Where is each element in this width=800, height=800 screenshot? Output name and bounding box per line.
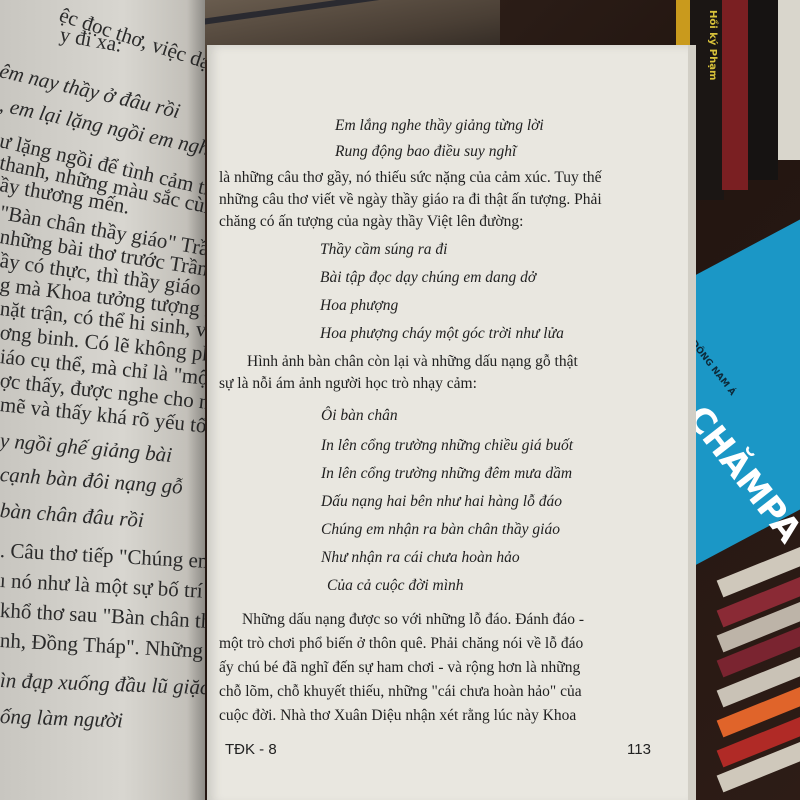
paragraph-line: chăng có ấn tượng của ngày thầy Việt lên… xyxy=(219,213,523,231)
right-page: Em lắng nghe thầy giảng từng lời Rung độ… xyxy=(207,45,690,800)
poem-line: Dấu nạng hai bên như hai hàng lỗ đáo xyxy=(321,493,562,511)
page-number: 113 xyxy=(627,741,651,758)
paragraph-line: Những dấu nạng được so với những lỗ đáo.… xyxy=(242,611,584,629)
poem-line: Rung động bao điều suy nghĩ xyxy=(335,143,516,161)
left-page-line: bàn chân đâu rồi xyxy=(0,498,145,533)
book-stack xyxy=(720,560,800,800)
poem-line: Hoa phượng cháy một góc trời như lửa xyxy=(320,325,564,343)
poem-line: Chúng em nhận ra bàn chân thầy giáo xyxy=(321,521,560,539)
poem-line: In lên cổng trường những chiều giá buốt xyxy=(321,437,573,455)
left-page-line: nh, Đồng Tháp". Những câu thơ xyxy=(0,628,205,667)
page-edge xyxy=(688,45,696,800)
paragraph-line: ấy chú bé đã nghĩ đến sự ham chơi - và r… xyxy=(219,659,580,677)
red-book-spine xyxy=(722,0,748,190)
left-page-line: ìn đạp xuống đầu lũ giặc xyxy=(0,668,205,700)
left-page-line: y ngồi ghế giảng bài xyxy=(0,428,173,468)
poem-line: Ôi bàn chân xyxy=(321,407,398,425)
paragraph-line: sự là nỗi ám ảnh người học trò nhạy cảm: xyxy=(219,375,477,393)
paragraph-line: Hình ảnh bàn chân còn lại và những dấu n… xyxy=(247,353,578,371)
poem-line: Bài tập đọc dạy chúng em dang dở xyxy=(320,269,536,287)
blue-book-title: CHĂMPA xyxy=(678,399,800,551)
paragraph-line: cuộc đời. Nhà thơ Xuân Diệu nhận xét rằn… xyxy=(219,707,576,725)
white-book-spine xyxy=(778,0,800,160)
paragraph-line: những câu thơ viết về ngày thầy giáo ra … xyxy=(219,191,602,209)
paragraph-line: một trò chơi phổ biến ở thôn quê. Phải c… xyxy=(219,635,583,653)
dark-book-spine xyxy=(748,0,778,180)
footer-signature: TĐK - 8 xyxy=(225,741,277,758)
poem-line: Như nhận ra cái chưa hoàn hảo xyxy=(321,549,520,567)
poem-line: Của cả cuộc đời mình xyxy=(327,577,464,595)
black-spine-label: Hồi ký Phạm xyxy=(694,10,718,80)
poem-line: Thầy cầm súng ra đi xyxy=(320,241,447,259)
paragraph-line: là những câu thơ gầy, nó thiếu sức nặng … xyxy=(219,169,602,187)
left-page: ống làm ngườiìn đạp xuống đầu lũ giặcnh,… xyxy=(0,0,205,800)
paragraph-line: chỗ lõm, chỗ khuyết thiếu, những "cái ch… xyxy=(219,683,582,701)
left-page-line: cạnh bàn đôi nạng gỗ xyxy=(0,462,184,500)
poem-line: Hoa phượng xyxy=(320,297,398,315)
poem-line: Em lắng nghe thầy giảng từng lời xyxy=(335,117,544,135)
poem-line: In lên cổng trường những đêm mưa dầm xyxy=(321,465,572,483)
left-page-line: ống làm người xyxy=(0,704,123,733)
